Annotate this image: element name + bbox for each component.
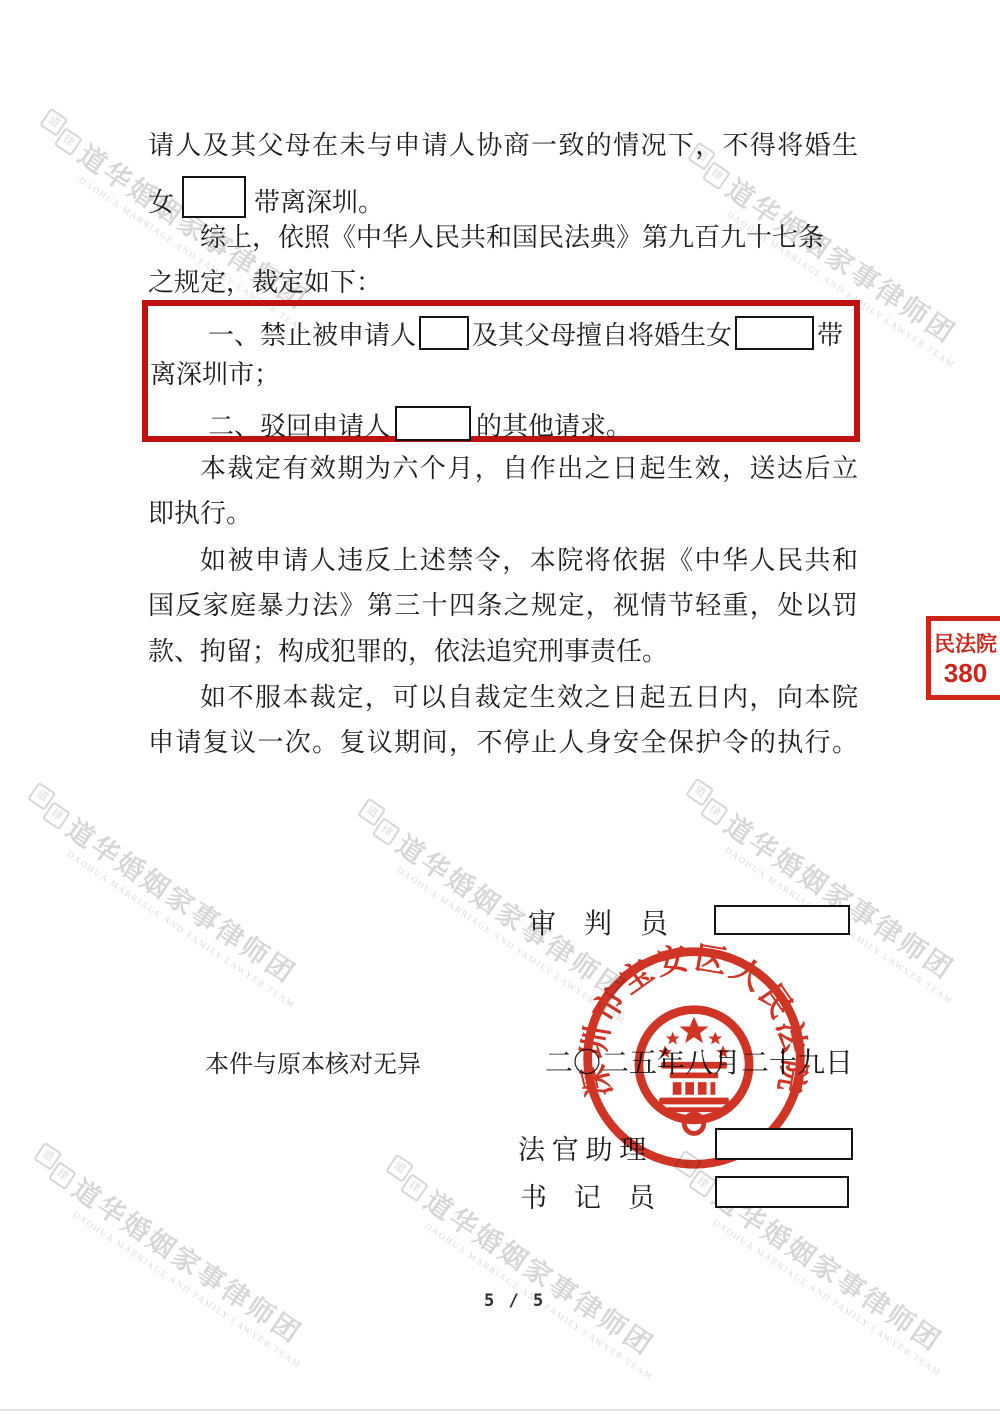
watermark-logo-char: 律 [700, 797, 729, 826]
watermark: 道律 道华婚姻家事律师团DAOHUA MARRIAGE AND FAMILY L… [18, 1140, 326, 1370]
national-emblem-icon [639, 1010, 749, 1134]
body-line: 本裁定有效期为六个月，自作出之日起生效，送达后立 [148, 453, 858, 485]
watermark-text-cn: 道华婚姻家事律师团 [66, 1168, 326, 1361]
watermark-logo-char: 道 [385, 1154, 414, 1183]
watermark-logo-char: 律 [42, 801, 71, 830]
clerk-name-redaction-box [715, 1176, 849, 1208]
judge-label: 审 判 员 [528, 902, 668, 942]
body-line: 之规定，裁定如下： [148, 267, 858, 299]
watermark-logo-char: 道 [357, 798, 386, 827]
body-line: 如不服本裁定，可以自裁定生效之日起五日内，向本院 [148, 682, 858, 714]
case-stamp-number: 380 [944, 658, 987, 689]
body-text: 女 [148, 188, 174, 217]
court-ruling-page: 道律 道华婚姻家事律师团DAOHUA MARRIAGE AND FAMILY L… [0, 0, 1000, 1414]
watermark-logo-char: 道 [685, 778, 714, 807]
redaction-box [182, 176, 246, 218]
body-line-with-redaction: 女带离深圳。 [148, 176, 858, 219]
ruling-text: 带 [817, 321, 843, 350]
watermark-logo-char: 律 [54, 127, 83, 156]
watermark-logo-icon: 道律 [23, 782, 76, 831]
watermark-text-en: DAOHUA MARRIAGE AND FAMILY LAWYER TEAM [711, 1217, 943, 1378]
watermark-logo-icon: 道律 [681, 778, 734, 827]
watermark-text-en: DAOHUA MARRIAGE AND FAMILY LAWYER TEAM [65, 849, 297, 1010]
body-line: 国反家庭暴力法》第三十四条之规定，视情节轻重，处以罚 [148, 590, 858, 622]
body-line: 请人及其父母在未与申请人协商一致的情况下，不得将婚生 [148, 130, 858, 162]
body-line: 即执行。 [148, 498, 858, 530]
watermark: 道律 道华婚姻家事律师团DAOHUA MARRIAGE AND FAMILY L… [12, 780, 320, 1010]
ruling-text: 二、驳回申请人 [208, 412, 390, 441]
redaction-box [735, 316, 814, 350]
verification-note: 本件与原本核对无异 [205, 1044, 421, 1079]
clerk-label: 书 记 员 [520, 1176, 655, 1215]
body-line: 申请复议一次。复议期间，不停止人身安全保护令的执行。 [148, 727, 858, 759]
judge-name-redaction-box [714, 905, 850, 935]
ruling-text: 一、禁止被申请人 [208, 321, 416, 350]
redaction-box [395, 406, 471, 441]
watermark-logo-icon: 道律 [29, 1142, 82, 1191]
ruling-text: 的其他请求。 [476, 412, 632, 441]
body-text: 带离深圳。 [254, 188, 384, 217]
watermark-logo-char: 道 [27, 782, 56, 811]
watermark-logo-char: 律 [48, 1161, 77, 1190]
ruling-highlight-box: 一、禁止被申请人及其父母擅自将婚生女带 离深圳市； 二、驳回申请人的其他请求。 [142, 300, 860, 442]
watermark-logo-char: 律 [400, 1173, 429, 1202]
redaction-box [419, 316, 469, 350]
body-line: 款、拘留；构成犯罪的，依法追究刑事责任。 [148, 636, 858, 668]
watermark-text-en: DAOHUA MARRIAGE AND FAMILY LAWYER TEAM [71, 1209, 303, 1370]
ruling-item-1-cont: 离深圳市； [150, 359, 848, 391]
watermark-logo-char: 道 [33, 1142, 62, 1171]
watermark-text-cn: 道华婚姻家事律师团 [60, 808, 320, 1001]
watermark-logo-icon: 道律 [35, 108, 88, 157]
case-stamp-text: 民法院 [934, 628, 997, 658]
body-line: 综上，依照《中华人民共和国民法典》第九百九十七条 [148, 222, 858, 254]
watermark-logo-icon: 道律 [353, 798, 406, 847]
scan-edge-line [0, 1409, 1000, 1411]
watermark-logo-char: 道 [39, 108, 68, 137]
ruling-item-1: 一、禁止被申请人及其父母擅自将婚生女带 [150, 316, 848, 352]
body-line: 如被申请人违反上述禁令，本院将依据《中华人民共和 [148, 545, 858, 577]
case-number-stamp: 民法院 380 [926, 616, 1000, 700]
watermark-logo-icon: 道律 [381, 1154, 434, 1203]
assistant-name-redaction-box [715, 1128, 853, 1160]
watermark-logo-char: 律 [372, 817, 401, 846]
ruling-text: 及其父母擅自将婚生女 [472, 321, 732, 350]
page-number: 5 / 5 [484, 1291, 545, 1311]
ruling-item-2: 二、驳回申请人的其他请求。 [150, 406, 848, 443]
